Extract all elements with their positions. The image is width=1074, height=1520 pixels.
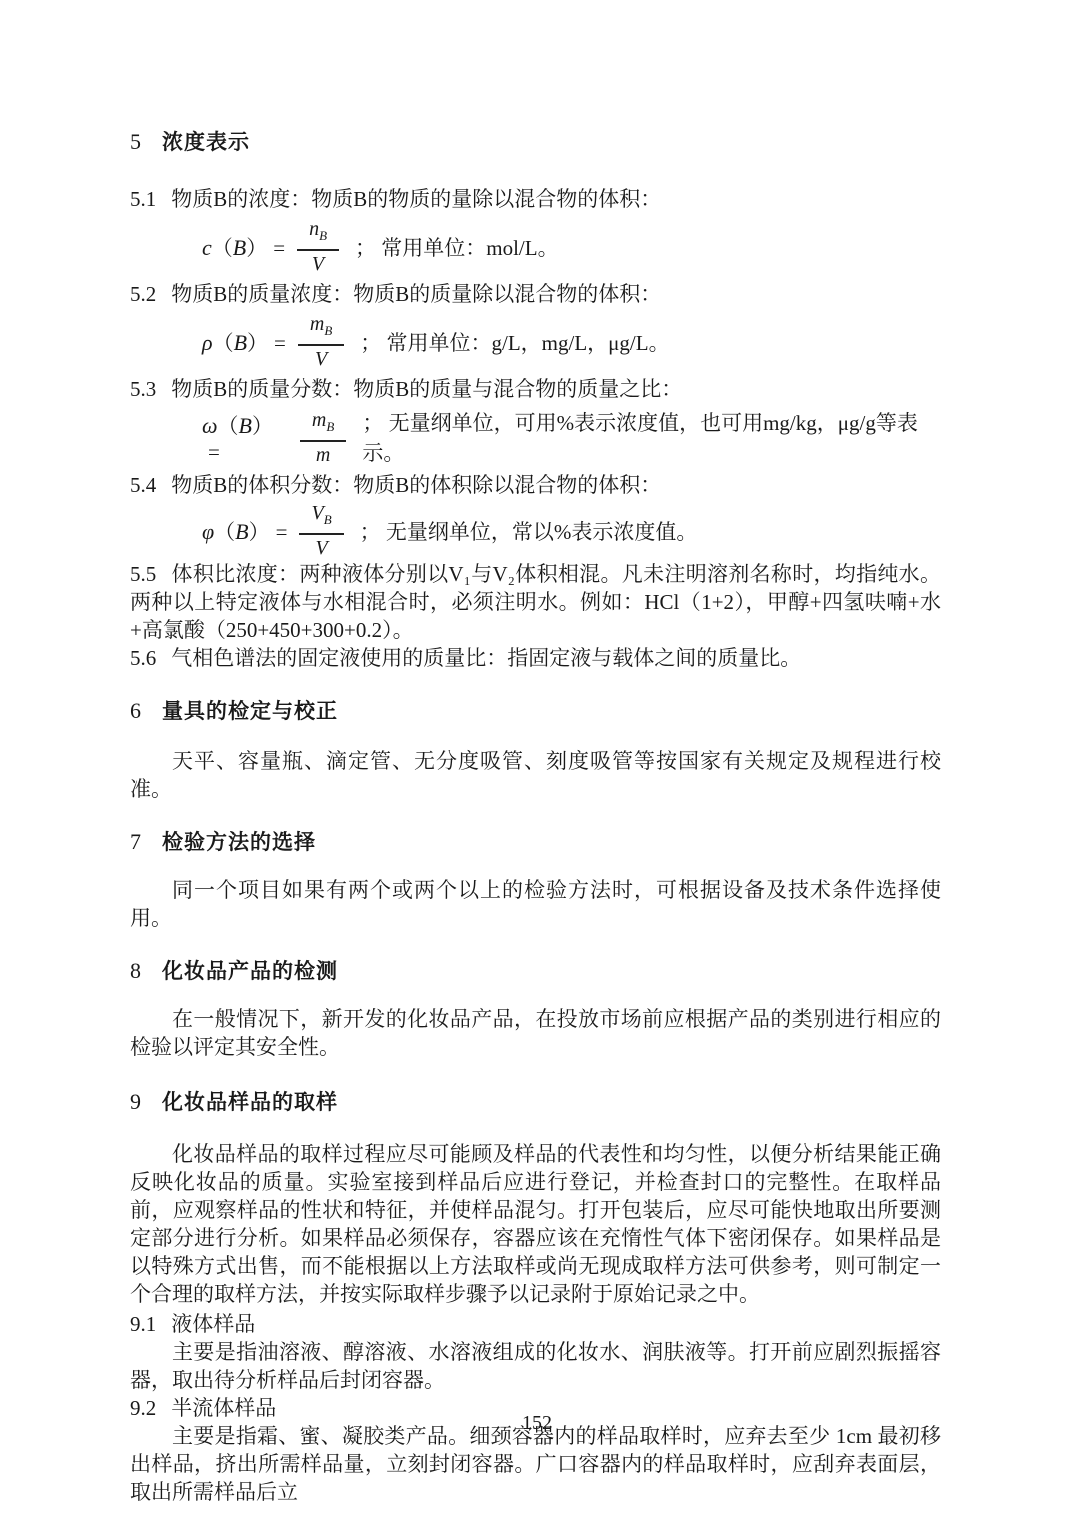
page-content: 5浓度表示 5.1物质B的浓度：物质B的物质的量除以混合物的体积： c（B）= … [130,131,941,1506]
equals-sign: = [274,331,286,355]
section-6-heading: 6量具的检定与校正 [130,700,941,723]
section-number: 8 [130,960,141,982]
fraction: nB V [297,217,339,276]
section-9-paragraph: 化妆品样品的取样过程应尽可能顾及样品的代表性和均匀性，以便分析结果能正确反映化妆… [130,1140,941,1308]
clause-5-3: 5.3物质B的质量分数：物质B的质量与混合物的质量之比： [130,375,941,403]
formula-lhs: c（B）= [202,232,289,262]
formula-symbol: ω [202,413,218,438]
section-8-paragraph: 在一般情况下，新开发的化妆品产品，在投放市场前应根据产品的类别进行相应的检验以评… [130,1005,941,1061]
fraction-numerator: mB [298,312,344,346]
section-title: 浓度表示 [162,131,250,154]
document-page: 5浓度表示 5.1物质B的浓度：物质B的物质的量除以混合物的体积： c（B）= … [0,0,1074,1520]
equals-sign: = [276,520,288,544]
clause-number: 9.1 [130,1310,156,1338]
clause-5-5: 5.5体积比浓度：两种液体分别以V₁与V₂体积相混。凡未注明溶剂名称时，均指纯水… [130,560,941,644]
formula-mass-concentration: ρ（B）= mB V ； 常用单位：g/L，mg/L，μg/L。 [202,312,941,371]
formula-argument: B [233,235,246,260]
formula-mass-fraction: ω（B）= mB m ； 无量纲单位，可用%表示浓度值，也可用mg/kg，μg/… [202,407,941,467]
formula-lhs: φ（B）= [202,516,291,546]
section-number: 6 [130,700,141,722]
formula-volume-fraction: φ（B）= VB V ； 无量纲单位，常以%表示浓度值。 [202,501,941,560]
clause-number: 5.6 [130,644,156,672]
formula-argument: B [235,519,248,544]
formula-symbol: ρ [202,330,213,355]
formula-lhs: ρ（B）= [202,327,290,357]
clause-text: 体积比浓度：两种液体分别以V₁与V₂体积相混。凡未注明溶剂名称时，均指纯水。两种… [130,562,941,642]
fraction-denominator: m [316,442,330,467]
fraction-numerator: mB [300,408,346,442]
formula-lhs: ω（B）= [202,410,292,465]
clause-number: 5.2 [130,280,156,308]
formula-unit-note: ； 常用单位：mol/L。 [355,232,559,262]
fraction: VB V [299,501,343,560]
section-5-heading: 5浓度表示 [130,131,941,154]
clause-text: 气相色谱法的固定液使用的质量比：指固定液与载体之间的质量比。 [171,646,801,670]
section-title: 化妆品产品的检测 [162,960,338,983]
fraction-denominator: V [315,535,327,560]
section-title: 检验方法的选择 [162,831,316,854]
section-7-paragraph: 同一个项目如果有两个或两个以上的检验方法时，可根据设备及技术条件选择使用。 [130,876,941,932]
clause-title: 液体样品 [171,1312,255,1336]
formula-symbol: c [202,235,212,260]
clause-text: 物质B的体积分数：物质B的体积除以混合物的体积： [171,473,661,497]
clause-5-6: 5.6气相色谱法的固定液使用的质量比：指固定液与载体之间的质量比。 [130,644,941,672]
fraction-denominator: V [312,251,324,276]
clause-5-4: 5.4物质B的体积分数：物质B的体积除以混合物的体积： [130,471,941,499]
fraction-denominator: V [315,346,327,371]
section-8-heading: 8化妆品产品的检测 [130,960,941,983]
clause-9-1: 9.1液体样品 [130,1310,941,1338]
formula-molar-concentration: c（B）= nB V ； 常用单位：mol/L。 [202,217,941,276]
section-title: 量具的检定与校正 [162,700,338,723]
fraction-numerator: VB [299,501,343,535]
section-7-heading: 7检验方法的选择 [130,831,941,854]
clause-text: 物质B的质量分数：物质B的质量与混合物的质量之比： [171,377,682,401]
clause-5-1: 5.1物质B的浓度：物质B的物质的量除以混合物的体积： [130,185,941,213]
clause-number: 5.3 [130,375,156,403]
equals-sign: = [208,440,220,464]
section-number: 9 [130,1091,141,1113]
fraction-numerator: nB [297,217,339,251]
clause-number: 5.5 [130,560,156,588]
formula-argument: B [239,413,252,438]
formula-unit-note: ； 无量纲单位，可用%表示浓度值，也可用mg/kg，μg/g等表示。 [362,407,941,467]
section-9-heading: 9化妆品样品的取样 [130,1091,941,1114]
section-title: 化妆品样品的取样 [162,1091,338,1114]
section-number: 5 [130,131,141,153]
clause-number: 5.1 [130,185,156,213]
clause-9-1-paragraph: 主要是指油溶液、醇溶液、水溶液组成的化妆水、润肤液等。打开前应剧烈振摇容器，取出… [130,1338,941,1394]
equals-sign: = [273,236,285,260]
clause-text: 物质B的质量浓度：物质B的质量除以混合物的体积： [171,282,661,306]
formula-unit-note: ； 常用单位：g/L，mg/L，μg/L。 [360,327,669,357]
formula-symbol: φ [202,519,214,544]
formula-unit-note: ； 无量纲单位，常以%表示浓度值。 [360,516,698,546]
fraction: mB V [298,312,344,371]
fraction: mB m [300,408,346,467]
clause-text: 物质B的浓度：物质B的物质的量除以混合物的体积： [171,187,661,211]
section-number: 7 [130,831,141,853]
section-6-paragraph: 天平、容量瓶、滴定管、无分度吸管、刻度吸管等按国家有关规定及规程进行校准。 [130,747,941,803]
formula-argument: B [234,330,247,355]
page-number: 152 [0,1412,1074,1435]
clause-number: 5.4 [130,471,156,499]
clause-5-2: 5.2物质B的质量浓度：物质B的质量除以混合物的体积： [130,280,941,308]
